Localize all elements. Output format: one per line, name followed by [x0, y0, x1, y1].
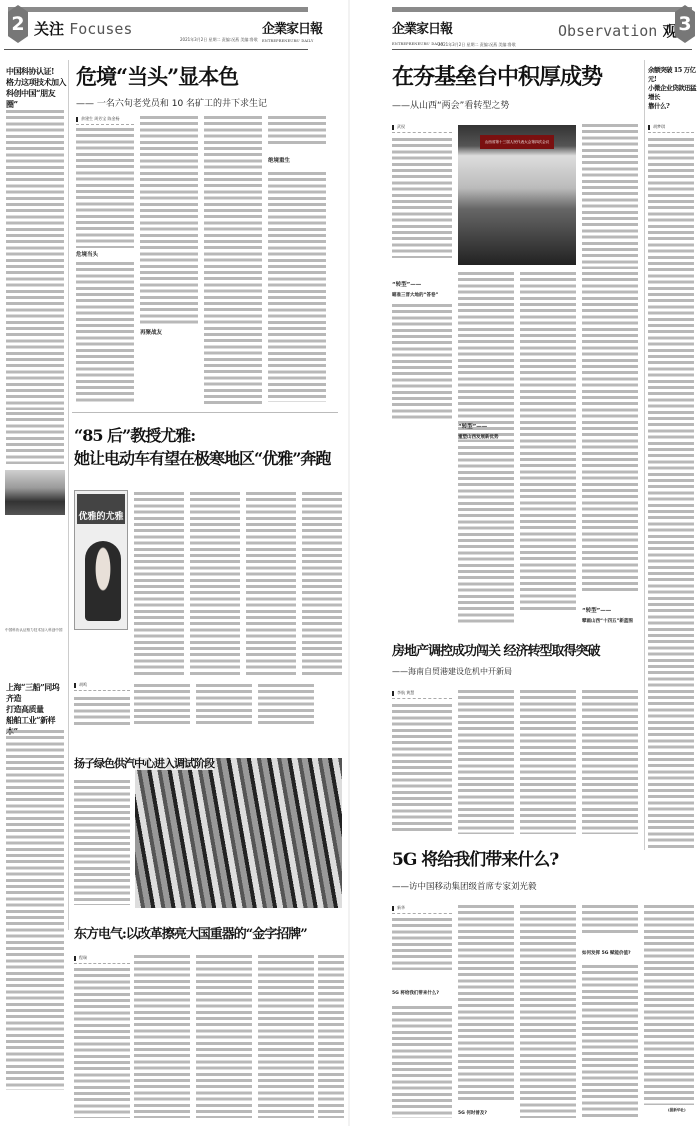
masthead-bar: [8, 7, 308, 12]
sidebar-story-body: [6, 110, 64, 410]
paper-logo-en: ENTREPRENEURS' DAILY: [262, 39, 314, 43]
byline: 新华: [392, 905, 452, 914]
fiveg-subhead: ——访中国移动集团级首席专家刘光毅: [392, 880, 537, 892]
sidebar-story-title[interactable]: 中国科协认证! 格力这项技术加入 科创中国“朋友圈”: [6, 66, 66, 110]
article-column: [302, 492, 342, 677]
section-title-en: Observation: [558, 22, 657, 40]
article-column: [318, 955, 344, 1118]
feature-portrait-photo: 优雅的尤雅: [74, 490, 128, 630]
paper-logo: 企業家日報: [392, 18, 452, 37]
congress-hall-photo: 山西省第十三届人民代表大会第四次会议: [458, 125, 576, 265]
article-column: [258, 684, 314, 724]
article-column: [74, 697, 130, 727]
source-note: (据新华社): [668, 1108, 686, 1113]
article-column: [196, 684, 252, 724]
column-rule: [644, 60, 645, 850]
article-column: [196, 955, 252, 1118]
portrait-figure: [85, 541, 121, 621]
article-column: [74, 968, 130, 1118]
subsection-heading: 5G 将给我们带来什么?: [392, 990, 439, 997]
section-title-cn: 关注: [34, 20, 64, 38]
article-column: [246, 492, 296, 677]
article-column: [392, 1006, 452, 1118]
article-column: [582, 965, 638, 1118]
masthead-rule: [4, 49, 308, 50]
article-column: [268, 116, 326, 146]
sidebar-title-line: 中国科协认证!: [6, 66, 66, 77]
article-column: [134, 684, 190, 724]
section-title-en: Focuses: [69, 20, 132, 38]
section-title: Observation 观察: [558, 20, 693, 41]
subsection-heading: 如何发挥 5G 赋能价值?: [582, 950, 631, 957]
sidebar-title-line: 科创中国“朋友圈”: [6, 88, 66, 110]
byline: 胡梦琪: [648, 124, 694, 133]
subsection-heading: 危境当头: [76, 252, 98, 259]
shanghai-story-title[interactable]: 上海“三船”同坞齐造 打造高质量 船舶工业“新样本”: [6, 682, 66, 737]
article-column: [392, 918, 452, 970]
paper-logo-en: ENTREPRENEURS' DAILY: [392, 42, 444, 46]
subsection-heading: 瞄准三晋大地的“答卷”: [392, 292, 438, 299]
sidebar-story-title[interactable]: 余额突破 15 万亿元! 小微企业贷款迅猛增长 靠什么?: [648, 66, 696, 111]
photo-banner: 山西省第十三届人民代表大会第四次会议: [480, 135, 554, 149]
masthead-rule: [392, 49, 692, 50]
article-column: [582, 905, 638, 935]
lead-headline[interactable]: 在夯基垒台中积厚成势: [392, 66, 602, 89]
dateline: 2021年3月2日 星期二 责编:况燕 美编:鲁歌: [180, 37, 258, 43]
section-rule: [72, 412, 338, 413]
sidebar-story-body-cont: [6, 412, 64, 464]
lead-subhead: ——从山西“两会”看转型之势: [392, 98, 509, 111]
article-column: [458, 446, 514, 626]
dateline: 2021年3月2日 星期二 责编:况燕 美编:鲁歌: [438, 42, 516, 48]
article-column: [76, 262, 134, 402]
article-column: [392, 304, 452, 422]
hainan-headline[interactable]: 房地产调控成功闯关 经济转型取得突破: [392, 645, 600, 659]
industrial-plant-photo: [135, 758, 342, 908]
article-column: [520, 272, 576, 612]
article-column: [74, 780, 130, 905]
subsection-heading: 擘画山西“十四五”新蓝图: [582, 618, 633, 625]
article-column: [582, 124, 638, 269]
sidebar-title-line: 格力这项技术加入: [6, 77, 66, 88]
byline: 程瑞: [74, 955, 130, 964]
byline: 武权: [392, 124, 452, 133]
article-column: [644, 905, 694, 1105]
dongfang-headline[interactable]: 东方电气:以改革擦亮大国重器的“金字招牌”: [74, 928, 307, 942]
subsection-heading: 绝境重生: [268, 158, 290, 165]
paper-logo: 企業家日報: [262, 18, 322, 37]
article-column: [582, 272, 638, 592]
yangzi-headline[interactable]: 扬子绿色供汽中心进入调试阶段: [74, 758, 214, 770]
article-column: [392, 704, 452, 834]
photo-caption: 中国科协认证格力技术加入科创中国: [5, 628, 65, 633]
article-column: [258, 955, 314, 1118]
sidebar-title-line: 小微企业贷款迅猛增长: [648, 84, 696, 102]
hainan-subhead: ——海南自贸港建设危机中开新局: [392, 666, 512, 677]
article-column: [458, 690, 514, 834]
lead-headline[interactable]: 危境“当头”显本色: [76, 66, 238, 88]
article-column: [140, 116, 198, 326]
byline: 胡鸣: [74, 682, 130, 691]
page-number-badge: 2: [8, 5, 28, 43]
left-newspaper-page: 2 关注 Focuses 2021年3月2日 星期二 责编:况燕 美编:鲁歌 企…: [0, 0, 349, 1126]
section-title: 关注 Focuses: [34, 18, 132, 39]
shanghai-title-line: 打造高质量: [6, 704, 66, 715]
article-column: [582, 690, 638, 834]
sidebar-story-body: [648, 138, 694, 848]
page-number-badge: 3: [675, 5, 695, 43]
sidebar-title-line: 靠什么?: [648, 102, 696, 111]
article-column: [76, 128, 134, 248]
photo-label: 优雅的尤雅: [77, 494, 125, 524]
article-column: [458, 905, 514, 1100]
lead-subhead: —— 一名六旬老党员和 10 名矿工的井下求生记: [76, 96, 267, 109]
subsection-heading: 再聚战友: [140, 330, 162, 337]
byline: 李航 黄慧: [392, 690, 452, 699]
article-column: [520, 690, 576, 834]
article-column: [458, 272, 514, 442]
masthead-bar: [392, 7, 692, 12]
article-column: [134, 955, 190, 1118]
byline: 余建生 周芳宝 陈金杨: [76, 116, 134, 125]
shanghai-title-line: 上海“三船”同坞齐造: [6, 682, 66, 704]
feature-headline-line2[interactable]: 她让电动车有望在极寒地区“优雅”奔跑: [74, 451, 330, 468]
feature-headline-line1[interactable]: “85 后”教授尤雅:: [74, 428, 195, 445]
shanghai-story-body: [6, 730, 64, 1090]
subsection-heading: 5G 何时普及?: [458, 1110, 487, 1117]
column-rule: [68, 60, 69, 930]
group-photo: [5, 470, 65, 515]
article-column: [268, 172, 326, 402]
subsection-tag: “转型”——: [392, 282, 421, 289]
right-newspaper-page: 企業家日報 ENTREPRENEURS' DAILY 2021年3月2日 星期二…: [350, 0, 699, 1126]
subsection-tag: “转型”——: [458, 424, 487, 431]
article-column: [520, 905, 576, 1118]
subsection-heading: 重塑山西发展新优势: [458, 434, 499, 441]
article-column: [190, 492, 240, 677]
fiveg-headline[interactable]: 5G 将给我们带来什么?: [392, 852, 558, 870]
article-column: [392, 138, 452, 258]
article-column: [134, 492, 184, 677]
subsection-tag: “转型”——: [582, 608, 611, 615]
article-column: [204, 116, 262, 406]
sidebar-title-line: 余额突破 15 万亿元!: [648, 66, 696, 84]
